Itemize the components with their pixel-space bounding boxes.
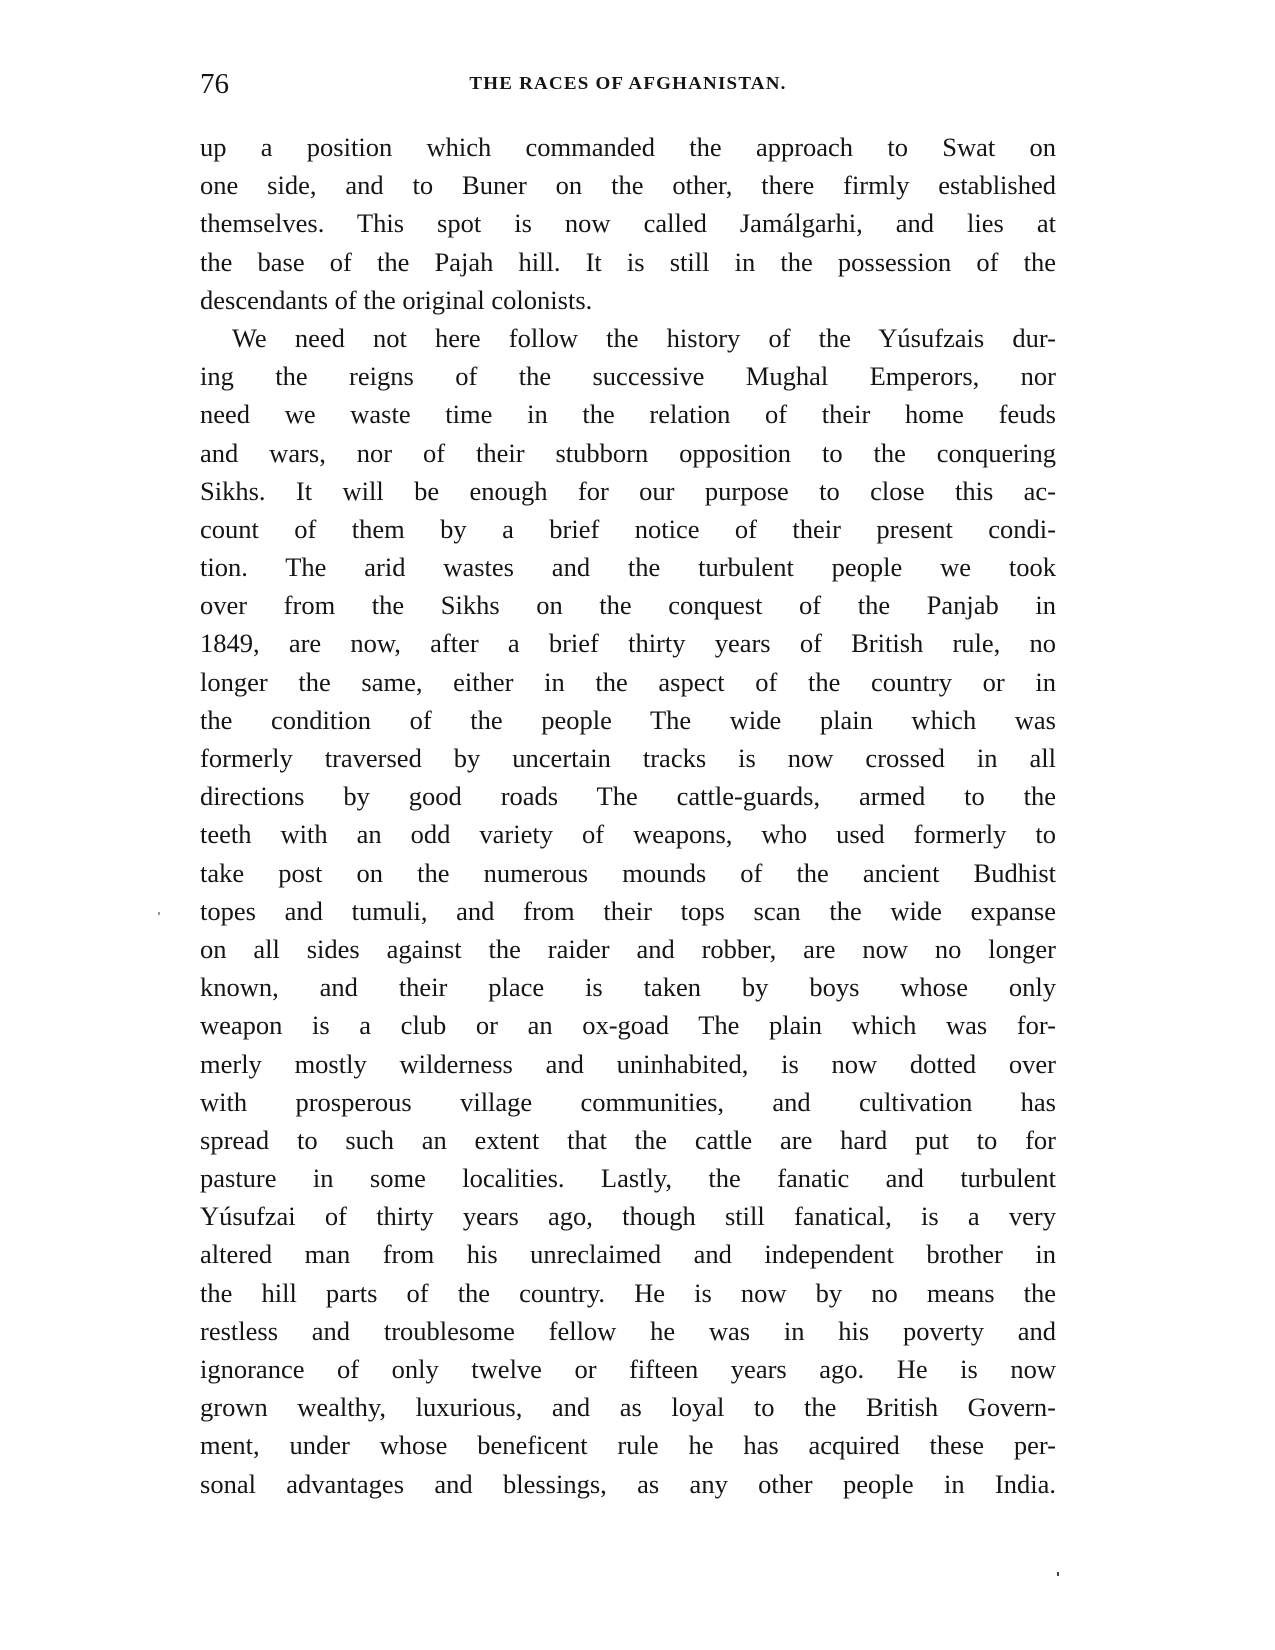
text-line: sonal advantages and blessings, as any o… <box>200 1465 1056 1503</box>
paragraph-1: up a position which commanded the approa… <box>200 128 1056 319</box>
text-line: descendants of the original colonists. <box>200 281 1056 319</box>
text-line: tion. The arid wastes and the turbulent … <box>200 548 1056 586</box>
text-line: up a position which commanded the approa… <box>200 128 1056 166</box>
text-line: themselves. This spot is now called Jamá… <box>200 204 1056 242</box>
scan-speck <box>1057 1572 1059 1576</box>
text-line: count of them by a brief notice of their… <box>200 510 1056 548</box>
paragraph-2: We need not here follow the history of t… <box>200 319 1056 1579</box>
text-line: 1849, are now, after a brief thirty year… <box>200 624 1056 662</box>
text-line: ignorance of only twelve or fifteen year… <box>200 1350 1056 1388</box>
text-line: restless and troublesome fellow he was i… <box>200 1312 1056 1350</box>
text-line: weapon is a club or an ox-goad The plain… <box>200 1006 1056 1044</box>
text-line: take post on the numerous mounds of the … <box>200 854 1056 892</box>
text-line: need we waste time in the relation of th… <box>200 395 1056 433</box>
text-line: topes and tumuli, and from their tops sc… <box>200 892 1056 930</box>
text-line: merly mostly wilderness and uninhabited,… <box>200 1045 1056 1083</box>
text-line: ing the reigns of the successive Mughal … <box>200 357 1056 395</box>
text-line: ment, under whose beneficent rule he has… <box>200 1426 1056 1464</box>
text-line: Sikhs. It will be enough for our purpose… <box>200 472 1056 510</box>
text-line: teeth with an odd variety of weapons, wh… <box>200 815 1056 853</box>
text-line: spread to such an extent that the cattle… <box>200 1121 1056 1159</box>
text-line: over from the Sikhs on the conquest of t… <box>200 586 1056 624</box>
text-line: the condition of the people The wide pla… <box>200 701 1056 739</box>
text-line: and wars, nor of their stubborn oppositi… <box>200 434 1056 472</box>
text-line: pasture in some localities. Lastly, the … <box>200 1159 1056 1197</box>
running-head: 76 THE RACES OF AFGHANISTAN. <box>200 66 1056 102</box>
text-line <box>200 1541 1056 1579</box>
scan-speck <box>158 912 160 915</box>
text-line: with prosperous village communities, and… <box>200 1083 1056 1121</box>
text-line: the base of the Pajah hill. It is still … <box>200 243 1056 281</box>
text-line: grown wealthy, luxurious, and as loyal t… <box>200 1388 1056 1426</box>
text-line: on all sides against the raider and robb… <box>200 930 1056 968</box>
running-title: THE RACES OF AFGHANISTAN. <box>200 70 1056 99</box>
text-line: one side, and to Buner on the other, the… <box>200 166 1056 204</box>
text-line: altered man from his unreclaimed and ind… <box>200 1235 1056 1273</box>
text-line <box>200 1503 1056 1541</box>
text-line: longer the same, either in the aspect of… <box>200 663 1056 701</box>
text-line: known, and their place is taken by boys … <box>200 968 1056 1006</box>
text-line: We need not here follow the history of t… <box>200 319 1056 357</box>
text-line: formerly traversed by uncertain tracks i… <box>200 739 1056 777</box>
body-text: up a position which commanded the approa… <box>200 128 1056 1579</box>
text-line: directions by good roads The cattle-guar… <box>200 777 1056 815</box>
text-line: Yúsufzai of thirty years ago, though sti… <box>200 1197 1056 1235</box>
text-line: the hill parts of the country. He is now… <box>200 1274 1056 1312</box>
book-page: 76 THE RACES OF AFGHANISTAN. up a positi… <box>0 0 1275 1650</box>
